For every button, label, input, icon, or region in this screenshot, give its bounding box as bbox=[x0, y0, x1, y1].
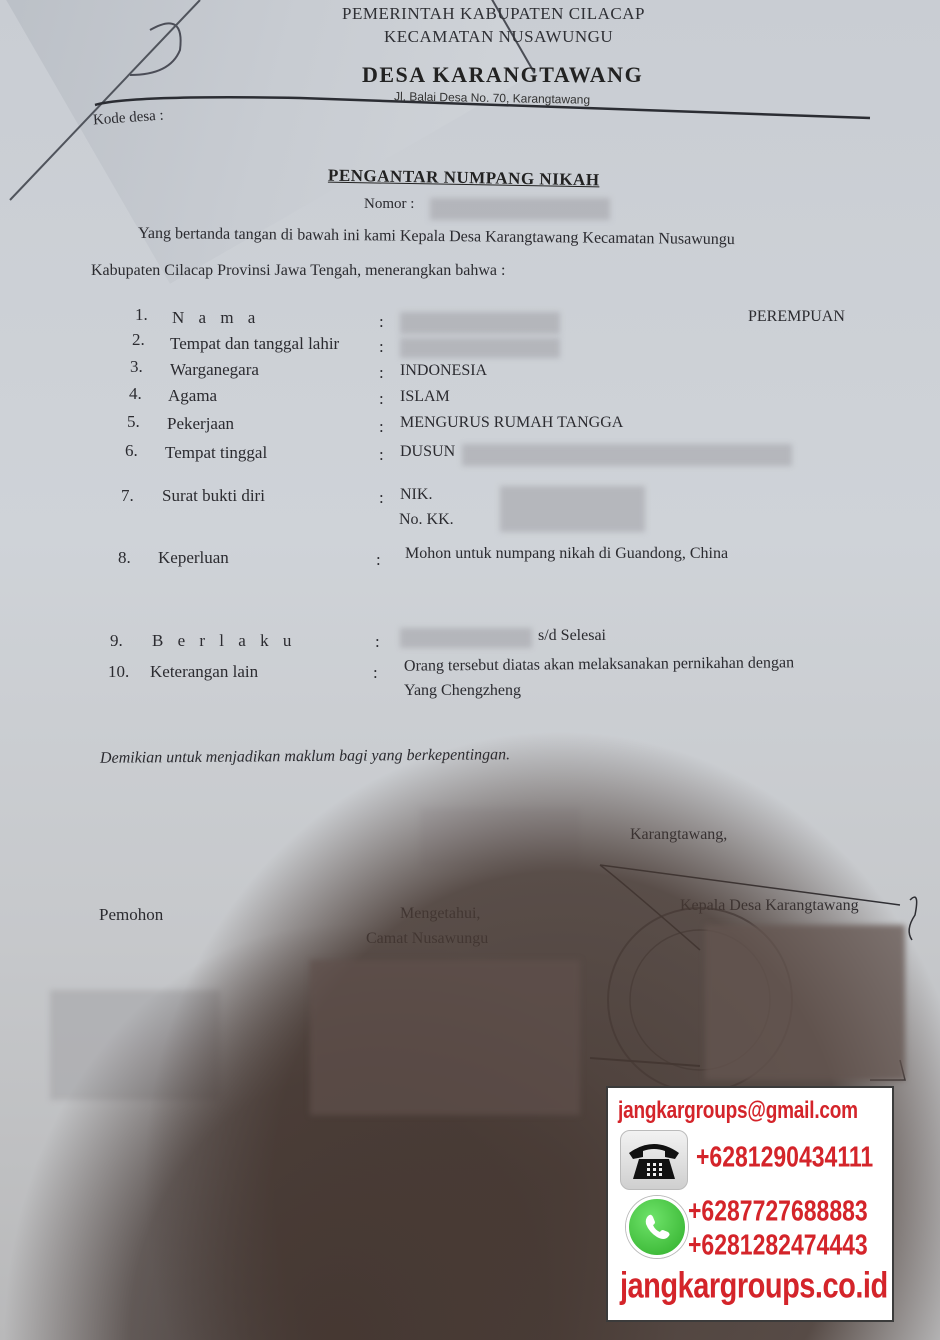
field-label-occupation: Pekerjaan bbox=[167, 414, 234, 434]
field-value-notes-cont: Yang Chengzheng bbox=[404, 682, 521, 700]
letterhead-district: KECAMATAN NUSAWUNGU bbox=[384, 27, 613, 47]
intro-line-2: Kabupaten Cilacap Provinsi Jawa Tengah, … bbox=[91, 262, 505, 280]
field-separator: : bbox=[379, 312, 384, 332]
field-separator: : bbox=[375, 632, 380, 652]
redacted-camat-signature bbox=[310, 960, 580, 1115]
field-num: 9. bbox=[110, 631, 123, 651]
signature-camat: Camat Nusawungu bbox=[366, 930, 488, 948]
signature-applicant: Pemohon bbox=[99, 905, 163, 925]
redacted-nomor bbox=[430, 198, 610, 220]
advert-whatsapp-2[interactable]: +6281282474443 bbox=[688, 1228, 868, 1262]
closing-statement: Demikian untuk menjadikan maklum bagi ya… bbox=[100, 746, 510, 768]
field-separator: : bbox=[379, 488, 384, 508]
field-num: 7. bbox=[121, 486, 134, 506]
advert-whatsapp-1[interactable]: +6287727688883 bbox=[688, 1194, 868, 1228]
letterhead-regency: PEMERINTAH KABUPATEN CILACAP bbox=[342, 4, 645, 24]
field-label-notes: Keterangan lain bbox=[150, 662, 258, 682]
field-num: 5. bbox=[127, 412, 140, 432]
field-label-validity: B e r l a k u bbox=[152, 631, 296, 651]
redacted-kepala-signature bbox=[705, 925, 905, 1080]
field-separator: : bbox=[376, 550, 381, 570]
whatsapp-icon bbox=[626, 1196, 688, 1258]
nomor-label: Nomor : bbox=[364, 196, 414, 213]
field-num: 1. bbox=[135, 305, 148, 325]
field-separator: : bbox=[373, 663, 378, 683]
field-label-nama: N a m a bbox=[172, 308, 260, 328]
field-separator: : bbox=[379, 363, 384, 383]
field-num: 2. bbox=[132, 330, 145, 350]
signature-acknowledged: Mengetahui, bbox=[400, 905, 480, 923]
field-num: 4. bbox=[129, 384, 142, 404]
field-value-religion: ISLAM bbox=[400, 388, 450, 406]
redacted-id-numbers bbox=[500, 486, 645, 532]
field-label-citizenship: Warganegara bbox=[170, 360, 259, 380]
field-value-nik: NIK. bbox=[400, 486, 432, 504]
gender-value: PEREMPUAN bbox=[748, 308, 845, 326]
field-label-birth: Tempat dan tanggal lahir bbox=[170, 334, 339, 354]
redacted-date bbox=[420, 808, 580, 868]
redacted-nama bbox=[400, 312, 560, 334]
field-value-notes: Orang tersebut diatas akan melaksanakan … bbox=[404, 654, 794, 675]
field-value-validity: s/d Selesai bbox=[538, 627, 606, 645]
field-value-citizenship: INDONESIA bbox=[400, 362, 487, 380]
field-separator: : bbox=[379, 417, 384, 437]
field-value-kk: No. KK. bbox=[399, 511, 454, 529]
field-num: 3. bbox=[130, 357, 143, 377]
field-label-residence: Tempat tinggal bbox=[165, 443, 267, 463]
field-label-id: Surat bukti diri bbox=[162, 486, 265, 506]
redacted-birth bbox=[400, 338, 560, 358]
field-separator: : bbox=[379, 389, 384, 409]
field-value-residence: DUSUN bbox=[400, 443, 455, 461]
telephone-icon bbox=[620, 1130, 688, 1190]
field-num: 6. bbox=[125, 441, 138, 461]
field-num: 8. bbox=[118, 548, 131, 568]
field-separator: : bbox=[379, 337, 384, 357]
contact-advert: jangkargroups@gmail.com +6281290434111 +… bbox=[606, 1086, 894, 1322]
field-label-purpose: Keperluan bbox=[158, 548, 229, 568]
advert-email[interactable]: jangkargroups@gmail.com bbox=[618, 1098, 858, 1126]
redacted-residence bbox=[462, 444, 792, 466]
field-value-purpose: Mohon untuk numpang nikah di Guandong, C… bbox=[405, 545, 728, 563]
letterhead-village: DESA KARANGTAWANG bbox=[362, 62, 643, 88]
sign-place: Karangtawang, bbox=[630, 826, 727, 844]
redacted-applicant-signature bbox=[50, 990, 220, 1100]
redacted-validity-date bbox=[400, 628, 532, 648]
field-value-occupation: MENGURUS RUMAH TANGGA bbox=[400, 414, 623, 432]
advert-website[interactable]: jangkargroups.co.id bbox=[620, 1266, 888, 1307]
field-label-religion: Agama bbox=[168, 386, 217, 406]
advert-phone[interactable]: +6281290434111 bbox=[696, 1140, 873, 1174]
signature-kepala-desa: Kepala Desa Karangtawang bbox=[680, 897, 859, 915]
field-num: 10. bbox=[108, 662, 129, 682]
field-separator: : bbox=[379, 445, 384, 465]
